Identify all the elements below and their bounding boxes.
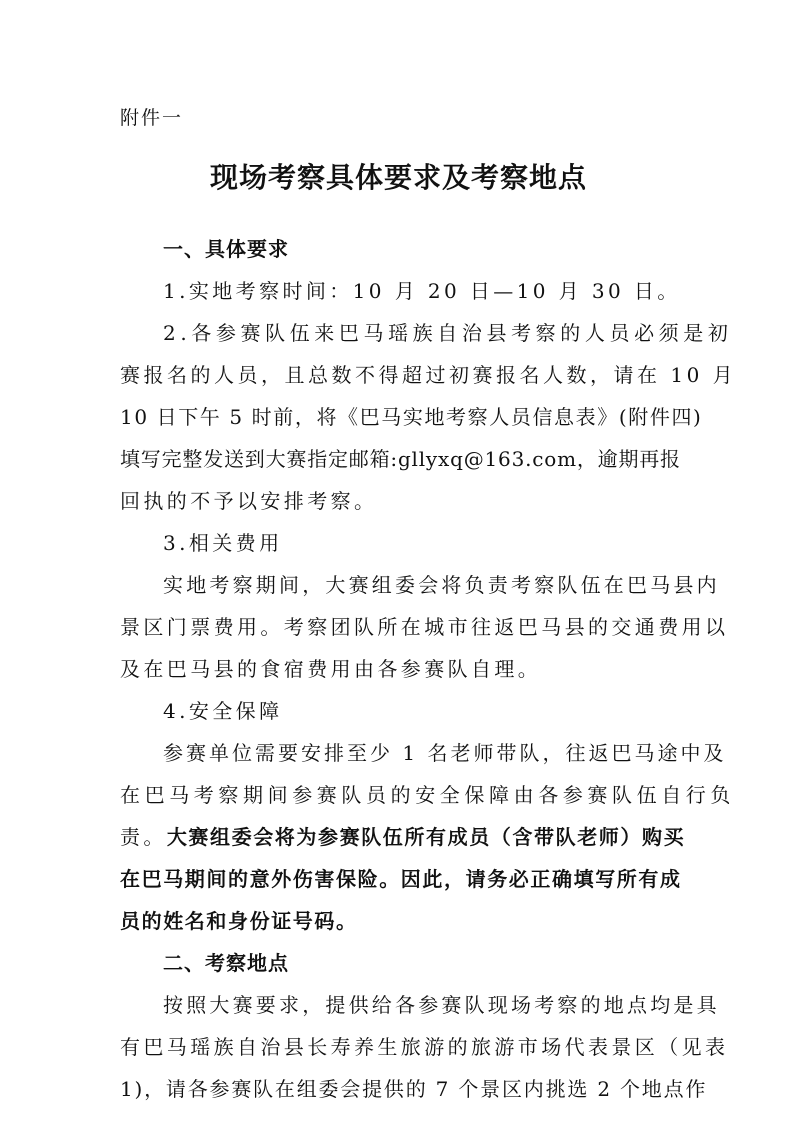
requirement-3-line-2: 景区门票费用。考察团队所在城市往返巴马县的交通费用以 (120, 613, 675, 641)
requirement-3-line-3: 及在巴马县的食宿费用由各参赛队自理。 (120, 655, 675, 683)
requirement-4-line-3-normal: 责。 (120, 825, 167, 849)
section-2-line-2: 有巴马瑶族自治县长寿养生旅游的旅游市场代表景区（见表 (120, 1033, 675, 1061)
insurance-notice-bold-line-2: 在巴马期间的意外伤害保险。因此，请务必正确填写所有成 (120, 865, 675, 893)
requirement-2-line-2: 赛报名的人员，且总数不得超过初赛报名人数，请在 10 月 (120, 361, 675, 389)
requirement-4-line-2: 在巴马考察期间参赛队员的安全保障由各参赛队伍自行负 (120, 781, 675, 809)
section-2-line-3: 1)，请各参赛队在组委会提供的 7 个景区内挑选 2 个地点作 (120, 1075, 675, 1103)
requirement-3-line-1: 实地考察期间，大赛组委会将负责考察队伍在巴马县内 (163, 571, 718, 599)
requirement-4-line-1: 参赛单位需要安排至少 1 名老师带队，往返巴马途中及 (163, 739, 718, 767)
requirement-1-time: 1.实地考察时间：10 月 20 日—10 月 30 日。 (163, 277, 718, 305)
section-1-heading: 一、具体要求 (163, 235, 718, 263)
document-title: 现场考察具体要求及考察地点 (0, 158, 793, 198)
attachment-label: 附件一 (120, 104, 183, 132)
document-page: 附件一 现场考察具体要求及考察地点 一、具体要求 1.实地考察时间：10 月 2… (0, 0, 793, 1122)
section-2-heading: 二、考察地点 (163, 949, 718, 977)
insurance-notice-bold-line-3: 员的姓名和身份证号码。 (120, 907, 675, 935)
requirement-2-line-1: 2.各参赛队伍来巴马瑶族自治县考察的人员必须是初 (163, 319, 718, 347)
requirement-2-line-5: 回执的不予以安排考察。 (120, 487, 675, 515)
requirement-2-line-4-email: 填写完整发送到大赛指定邮箱:gllyxq@163.com，逾期再报 (120, 445, 675, 473)
requirement-2-line-3: 10 日下午 5 时前，将《巴马实地考察人员信息表》(附件四) (120, 403, 675, 431)
requirement-4-heading: 4.安全保障 (163, 697, 718, 725)
requirement-4-line-3: 责。大赛组委会将为参赛队伍所有成员（含带队老师）购买 (120, 823, 675, 851)
requirement-3-heading: 3.相关费用 (163, 529, 718, 557)
insurance-notice-bold: 大赛组委会将为参赛队伍所有成员（含带队老师）购买 (167, 825, 685, 849)
section-2-line-1: 按照大赛要求，提供给各参赛队现场考察的地点均是具 (163, 991, 718, 1019)
